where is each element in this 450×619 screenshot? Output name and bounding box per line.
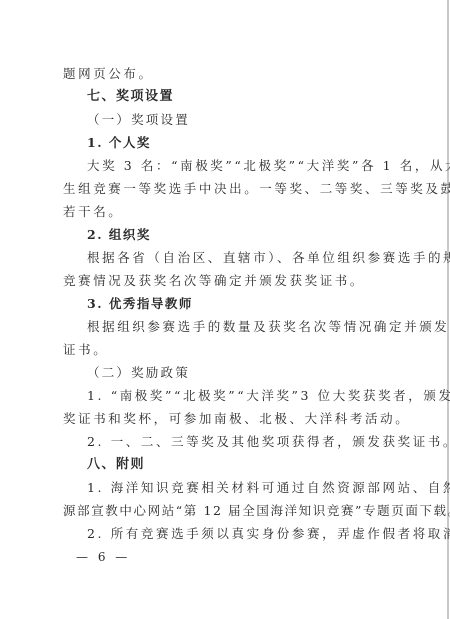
paragraph-line: 2. 所有竞赛选手须以真实身份参赛，弄虚作假者将取消参 bbox=[87, 524, 397, 544]
paragraph-line: 奖证书和奖杯，可参加南极、北极、大洋科考活动。 bbox=[63, 409, 397, 429]
item-heading-organization-award: 2. 组织奖 bbox=[87, 225, 397, 245]
paragraph-line: 证书。 bbox=[63, 340, 397, 360]
paragraph-line: 根据组织参赛选手的数量及获奖名次等情况确定并颁发获奖 bbox=[87, 317, 397, 337]
paragraph-line: 源部宣教中心网站“第 12 届全国海洋知识竞赛”专题页面下载。 bbox=[63, 501, 397, 521]
section-heading-7: 七、奖项设置 bbox=[87, 87, 397, 107]
subsection-heading-2: （二）奖励政策 bbox=[87, 363, 397, 383]
subsection-heading-1: （一）奖项设置 bbox=[87, 110, 397, 130]
paragraph-line: 生组竞赛一等奖选手中决出。一等奖、二等奖、三等奖及鼓励奖 bbox=[63, 179, 397, 199]
paragraph-continuation: 题网页公布。 bbox=[63, 64, 397, 84]
page-number: — 6 — bbox=[76, 547, 130, 567]
section-heading-8: 八、附则 bbox=[87, 455, 397, 475]
paragraph-line: 1. “南极奖”“北极奖”“大洋奖”3 位大奖获奖者，颁发获 bbox=[87, 386, 397, 406]
paragraph-line: 根据各省（自治区、直辖市）、各单位组织参赛选手的规模、 bbox=[87, 248, 397, 268]
paragraph-line: 竞赛情况及获奖名次等确定并颁发获奖证书。 bbox=[63, 271, 397, 291]
paragraph-line: 2. 一、二、三等奖及其他奖项获得者，颁发获奖证书。 bbox=[87, 432, 397, 452]
paragraph-line: 大奖 3 名：“南极奖”“北极奖”“大洋奖”各 1 名，从大学 bbox=[87, 156, 397, 176]
paragraph-line: 若干名。 bbox=[63, 202, 397, 222]
paragraph-line: 1. 海洋知识竞赛相关材料可通过自然资源部网站、自然资 bbox=[87, 478, 397, 498]
item-heading-teacher-award: 3. 优秀指导教师 bbox=[87, 294, 397, 314]
item-heading-individual-award: 1. 个人奖 bbox=[87, 133, 397, 153]
